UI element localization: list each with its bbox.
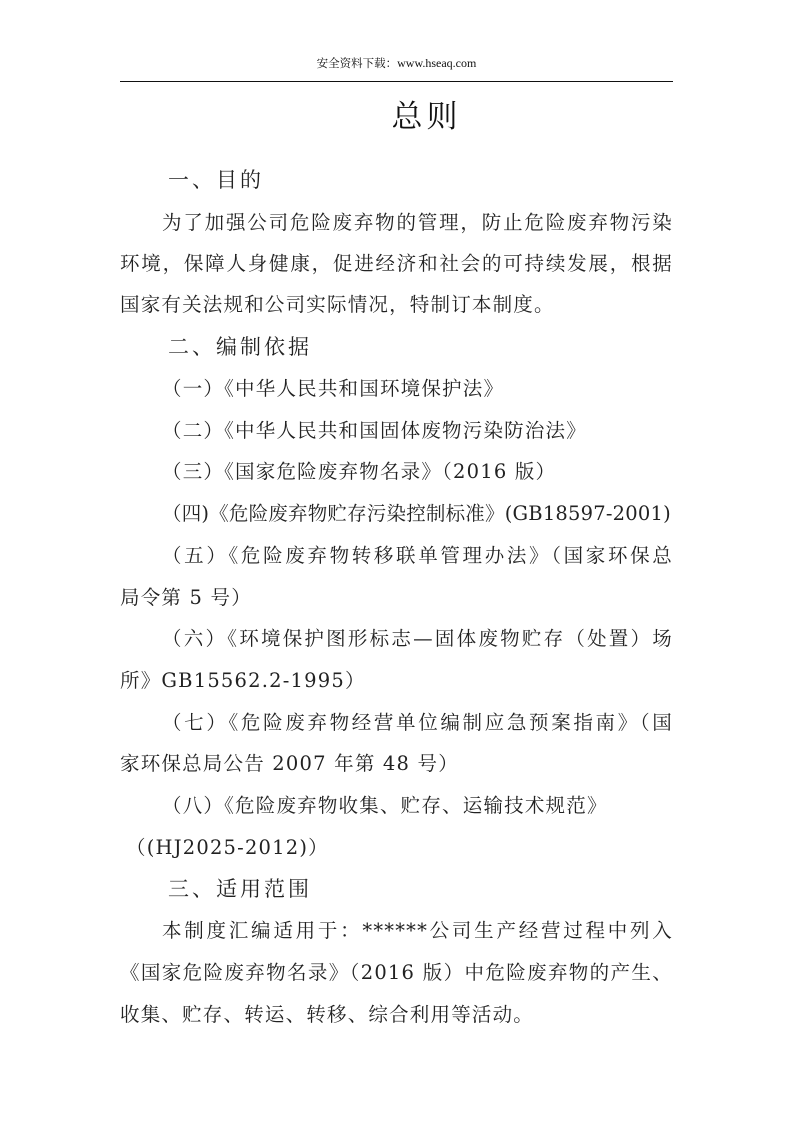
header-label: 安全资料下载：	[317, 56, 398, 70]
basis-item-4: （四)《危险废弃物贮存污染控制标准》(GB18597-2001)	[162, 500, 673, 528]
basis-item-7-cont: 家环保总局公告 2007 年第 48 号）	[120, 750, 673, 778]
basis-item-5: （五）《危险废弃物转移联单管理办法》（国家环保总	[162, 542, 673, 570]
basis-item-1: （一）《中华人民共和国环境保护法》	[162, 375, 673, 403]
paragraph-line: 国家有关法规和公司实际情况，特制订本制度。	[120, 291, 673, 319]
basis-item-8-cont: （(HJ2025-2012)）	[126, 834, 679, 862]
document-title: 总则	[120, 95, 673, 139]
basis-item-7: （七）《危险废弃物经营单位编制应急预案指南》（国	[162, 709, 673, 737]
basis-item-5-cont: 局令第 5 号）	[120, 584, 673, 612]
page-header: 安全资料下载：www.hseaq.com	[120, 55, 673, 71]
header-divider	[120, 81, 673, 82]
section-heading-basis: 二、编制依据	[168, 333, 721, 361]
section-heading-scope: 三、适用范围	[168, 875, 721, 903]
paragraph-line: 环境，保障人身健康，促进经济和社会的可持续发展，根据	[120, 250, 673, 278]
basis-item-6: （六）《环境保护图形标志—固体废物贮存（处置）场	[162, 625, 673, 653]
basis-item-8: （八）《危险废弃物收集、贮存、运输技术规范》	[162, 792, 673, 820]
paragraph-line: 为了加强公司危险废弃物的管理，防止危险废弃物污染	[162, 209, 673, 237]
header-url: www.hseaq.com	[397, 56, 476, 70]
section-heading-purpose: 一、目的	[168, 166, 721, 194]
paragraph-line: 《国家危险废弃物名录》（2016 版）中危险废弃物的产生、	[120, 959, 673, 987]
paragraph-line: 本制度汇编适用于：******公司生产经营过程中列入	[162, 917, 673, 945]
paragraph-line: 收集、贮存、转运、转移、综合利用等活动。	[120, 1001, 673, 1029]
basis-item-3: （三）《国家危险废弃物名录》（2016 版）	[162, 458, 673, 486]
basis-item-2: （二）《中华人民共和国固体废物污染防治法》	[162, 417, 673, 445]
basis-item-6-cont: 所》GB15562.2-1995）	[120, 667, 673, 695]
